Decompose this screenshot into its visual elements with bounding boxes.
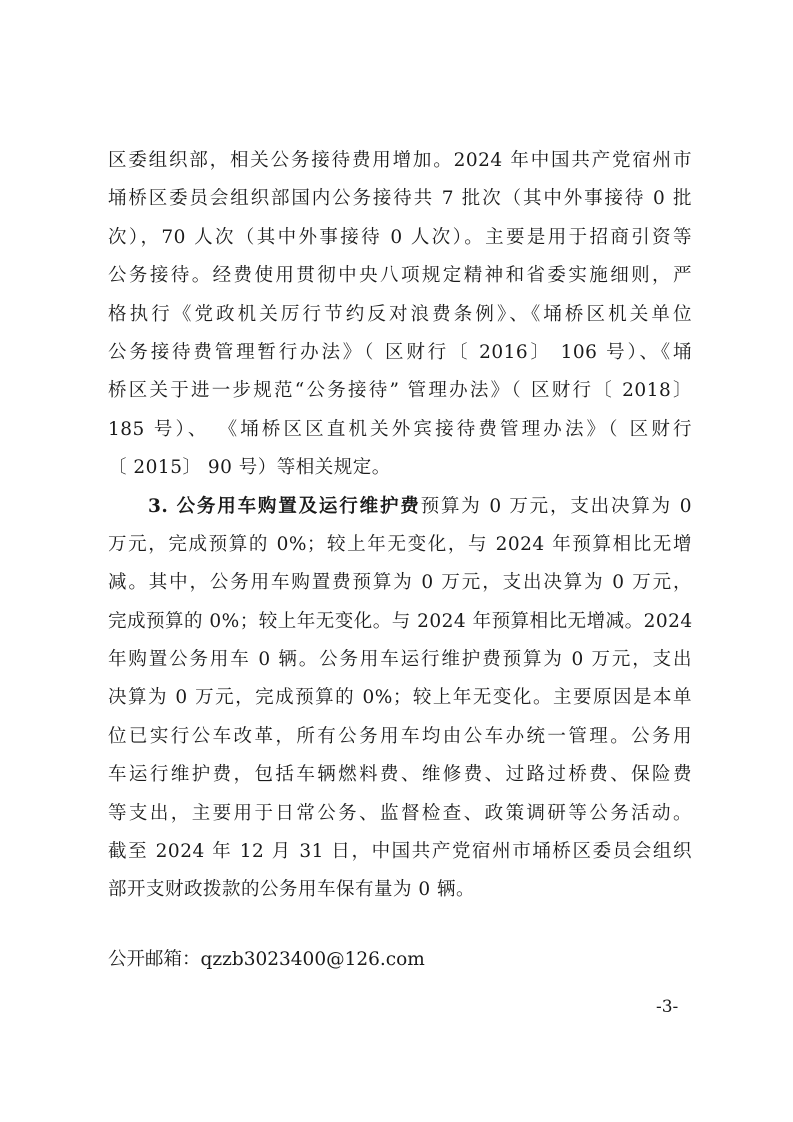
- page-number: -3-: [656, 994, 678, 1020]
- paragraph-line: 公务接待费管理暂行办法》（ 区财行〔 2016〕 106 号）、《埇: [108, 334, 692, 372]
- paragraph-line: 〔 2015〕 90 号）等相关规定。: [108, 449, 692, 487]
- document-body: 区委组织部，相关公务接待费用增加。2024 年中国共产党宿州市 埇桥区委员会组织…: [108, 142, 692, 910]
- paragraph-line: 区委组织部，相关公务接待费用增加。2024 年中国共产党宿州市: [108, 142, 692, 180]
- paragraph-line: 位已实行公车改革，所有公务用车均由公车办统一管理。公务用: [108, 718, 692, 756]
- paragraph-line: 格执行《党政机关厉行节约反对浪费条例》、《埇桥区机关单位: [108, 296, 692, 334]
- document-page: 区委组织部，相关公务接待费用增加。2024 年中国共产党宿州市 埇桥区委员会组织…: [0, 0, 793, 1122]
- paragraph-line: 等支出，主要用于日常公务、监督检查、政策调研等公务活动。: [108, 795, 692, 833]
- paragraph-line: 公务接待。经费使用贯彻中央八项规定精神和省委实施细则，严: [108, 257, 692, 295]
- paragraph-line: 埇桥区委员会组织部国内公务接待共 7 批次（其中外事接待 0 批: [108, 180, 692, 218]
- paragraph-line: 185 号）、 《埇桥区区直机关外宾接待费管理办法》（ 区财行: [108, 411, 692, 449]
- paragraph-line: 减。其中，公务用车购置费预算为 0 万元，支出决算为 0 万元，: [108, 564, 692, 602]
- email-label: 公开邮箱：: [108, 949, 201, 970]
- paragraph-line: 车运行维护费，包括车辆燃料费、维修费、过路过桥费、保险费: [108, 756, 692, 794]
- section3-heading: 3. 公务用车购置及运行维护费: [148, 496, 421, 517]
- paragraph-line: 完成预算的 0%；较上年无变化。与 2024 年预算相比无增减。2024: [108, 603, 692, 641]
- public-email: 公开邮箱：qzzb3023400@126.com: [108, 945, 425, 975]
- paragraph-line: 次），70 人次（其中外事接待 0 人次）。主要是用于招商引资等: [108, 219, 692, 257]
- email-address: qzzb3023400@126.com: [201, 949, 425, 970]
- paragraph-line: 年购置公务用车 0 辆。公务用车运行维护费预算为 0 万元，支出: [108, 641, 692, 679]
- paragraph-line: 决算为 0 万元，完成预算的 0%；较上年无变化。主要原因是本单: [108, 679, 692, 717]
- paragraph-line: 部开支财政拨款的公务用车保有量为 0 辆。: [108, 871, 692, 909]
- paragraph-line: 截至 2024 年 12 月 31 日，中国共产党宿州市埇桥区委员会组织: [108, 833, 692, 871]
- section3-first-line-text: 预算为 0 万元，支出决算为 0: [421, 496, 692, 517]
- paragraph-line: 万元，完成预算的 0%；较上年无变化，与 2024 年预算相比无增: [108, 526, 692, 564]
- paragraph-line: 桥区关于进一步规范“公务接待” 管理办法》（ 区财行〔 2018〕: [108, 372, 692, 410]
- section3-first-line: 3. 公务用车购置及运行维护费预算为 0 万元，支出决算为 0: [108, 488, 692, 526]
